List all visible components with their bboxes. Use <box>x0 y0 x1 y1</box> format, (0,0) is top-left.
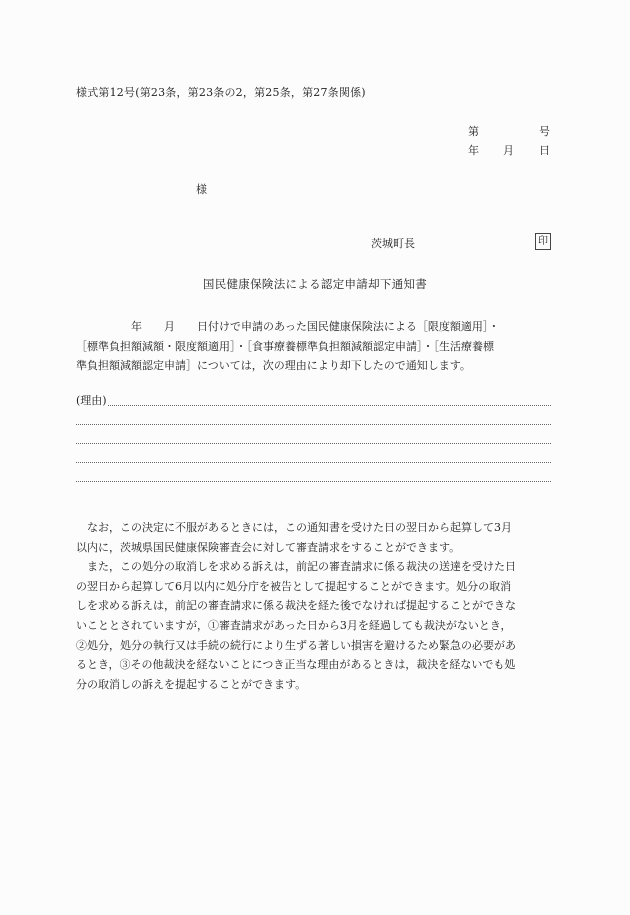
date-month: 月 <box>503 142 514 158</box>
reason-dotted-line <box>76 443 551 444</box>
notice-line: また，この処分の取消しを求める訴えは，前記の審査請求に係る裁決の送達を受けた日 <box>76 557 556 577</box>
number-suffix: 号 <box>539 123 550 139</box>
notice-line: 以内に，茨城県国民健康保険審査会に対して審査請求をすることができます。 <box>76 538 556 558</box>
notice-line: なお，この決定に不服があるときには，この通知書を受けた日の翌日から起算して3月 <box>76 518 556 538</box>
notice-line: 分の取消しの訴えを提起することができます。 <box>76 675 556 695</box>
notice-line: しを求める訴えは，前記の審査請求に係る裁決を経た後でなければ提起することができな <box>76 596 556 616</box>
document-title: 国民健康保険法による認定申請却下通知書 <box>0 276 630 292</box>
date-day: 日 <box>539 142 550 158</box>
notice-line: るとき，③その他裁決を経ないことにつき正当な理由があるときは，裁決を経ないでも処 <box>76 655 556 675</box>
reason-dotted-line <box>76 462 551 463</box>
date-year: 年 <box>468 142 479 158</box>
notice-line: ②処分，処分の執行又は手続の続行により生ずる著しい損害を避けるため緊急の必要があ <box>76 636 556 656</box>
reason-dotted-line <box>76 481 551 482</box>
notice-line: の翌日から起算して6月以内に処分庁を被告として提起することができます。処分の取消 <box>76 577 556 597</box>
seal-mark: 印 <box>535 233 551 250</box>
form-identifier: 様式第12号(第23条，第23条の2，第25条，第27条関係) <box>76 84 366 100</box>
notice-line: いこととされていますが，①審査請求があった日から3月を経過しても裁決がないとき， <box>76 616 556 636</box>
number-prefix: 第 <box>468 123 479 139</box>
reason-dotted-line <box>76 405 551 406</box>
body-paragraph: 年 月 日付けで申請のあった国民健康保険法による［限度額適用］・ ［標準負担額減… <box>76 317 556 376</box>
body-line: ［標準負担額減額・限度額適用］・［食事療養標準負担額減額認定申請］・［生活療養標 <box>76 337 556 357</box>
issuer-name: 茨城町長 <box>371 235 415 251</box>
body-line: 年 月 日付けで申請のあった国民健康保険法による［限度額適用］・ <box>76 317 556 337</box>
reason-label: (理由) <box>76 392 108 408</box>
reason-dotted-line <box>76 424 551 425</box>
document-page: 様式第12号(第23条，第23条の2，第25条，第27条関係) 第 号 年 月 … <box>0 0 630 915</box>
body-line: 準負担額減額認定申請］については，次の理由により却下したので通知します。 <box>76 356 556 376</box>
appeal-notice: なお，この決定に不服があるときには，この通知書を受けた日の翌日から起算して3月 … <box>76 518 556 694</box>
addressee-suffix: 様 <box>196 181 207 197</box>
